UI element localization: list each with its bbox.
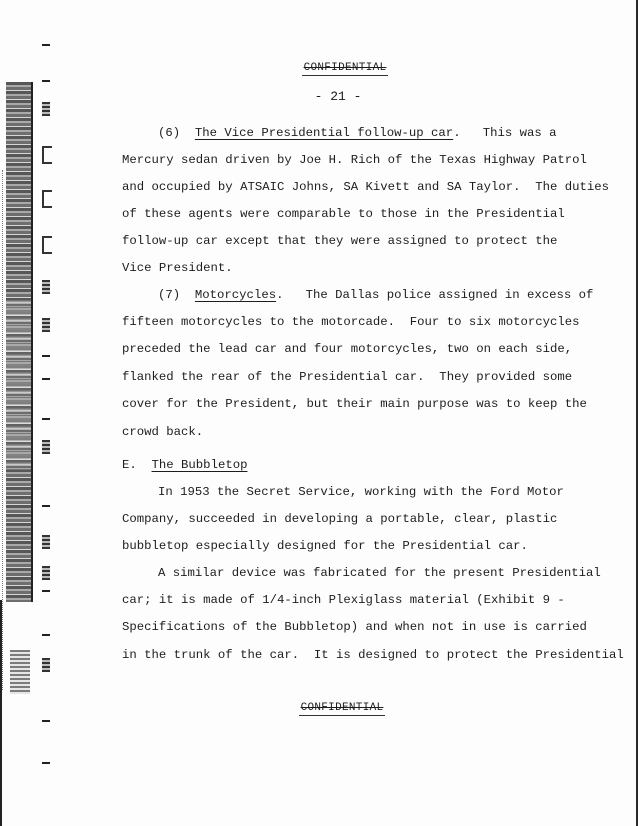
body-line: of these agents were comparable to those… [122,206,565,222]
body-line: follow-up car except that they were assi… [122,233,557,249]
paragraph-motorcycles-line: (7) Motorcycles. The Dallas police assig… [158,287,593,303]
document-page: CONFIDENTIAL - 21 - (6) The Vice Preside… [0,0,638,826]
binding-strip-artifact-light [6,300,32,470]
margin-tick-mark [42,318,50,332]
margin-tick-mark [42,378,50,380]
margin-tick-mark [42,190,52,208]
margin-tick-mark [42,762,50,764]
margin-tick-mark [42,566,50,580]
paragraph-number: (7) [158,288,180,302]
paragraph-heading: Motorcycles [195,288,276,302]
body-text: This was a [483,126,557,140]
body-line: Company, succeeded in developing a porta… [122,511,557,527]
binding-strip-artifact-bottom [10,650,30,694]
page-number: - 21 - [0,89,638,104]
margin-tick-mark [42,80,50,82]
body-line: in the trunk of the car. It is designed … [122,647,624,663]
margin-tick-mark [42,236,52,254]
binding-strip-edge [31,82,33,602]
body-line: Vice President. [122,260,233,276]
classification-footer: CONFIDENTIAL [0,702,638,714]
classification-marking: CONFIDENTIAL [299,702,386,714]
body-line: preceded the lead car and four motorcycl… [122,341,572,357]
body-line: and occupied by ATSAIC Johns, SA Kivett … [122,179,609,195]
margin-tick-mark [42,102,50,116]
body-line: A similar device was fabricated for the … [158,565,601,581]
body-line: bubbletop especially designed for the Pr… [122,538,528,554]
body-line: crowd back. [122,424,203,440]
margin-tick-mark [42,658,50,672]
margin-tick-mark [42,535,50,549]
margin-tick-mark [42,440,50,454]
body-line: In 1953 the Secret Service, working with… [158,484,564,500]
body-line: car; it is made of 1/4-inch Plexiglass m… [122,592,565,608]
body-line: fifteen motorcycles to the motorcade. Fo… [122,314,580,330]
margin-tick-mark [42,590,50,592]
body-line: Specifications of the Bubbletop) and whe… [122,619,587,635]
body-line: flanked the rear of the Presidential car… [122,369,572,385]
section-heading: E. The Bubbletop [122,457,247,473]
margin-tick-mark [42,146,52,164]
margin-tick-mark [42,44,50,46]
section-letter: E. [122,458,137,472]
paragraph-heading: The Vice Presidential follow-up car [195,126,453,140]
classification-marking: CONFIDENTIAL [302,62,389,74]
body-line: Mercury sedan driven by Joe H. Rich of t… [122,152,587,168]
section-title: The Bubbletop [152,458,248,472]
paragraph-number: (6) [158,126,180,140]
margin-tick-mark [42,720,50,722]
margin-tick-mark [42,280,50,294]
margin-tick-mark [42,634,50,636]
margin-tick-mark [42,355,50,357]
classification-header: CONFIDENTIAL [0,62,638,74]
margin-tick-mark [42,418,50,420]
margin-tick-mark [42,505,50,507]
body-text: The Dallas police assigned in excess of [306,288,594,302]
body-line: cover for the President, but their main … [122,396,587,412]
paragraph-vp-followup-line: (6) The Vice Presidential follow-up car.… [158,125,557,141]
